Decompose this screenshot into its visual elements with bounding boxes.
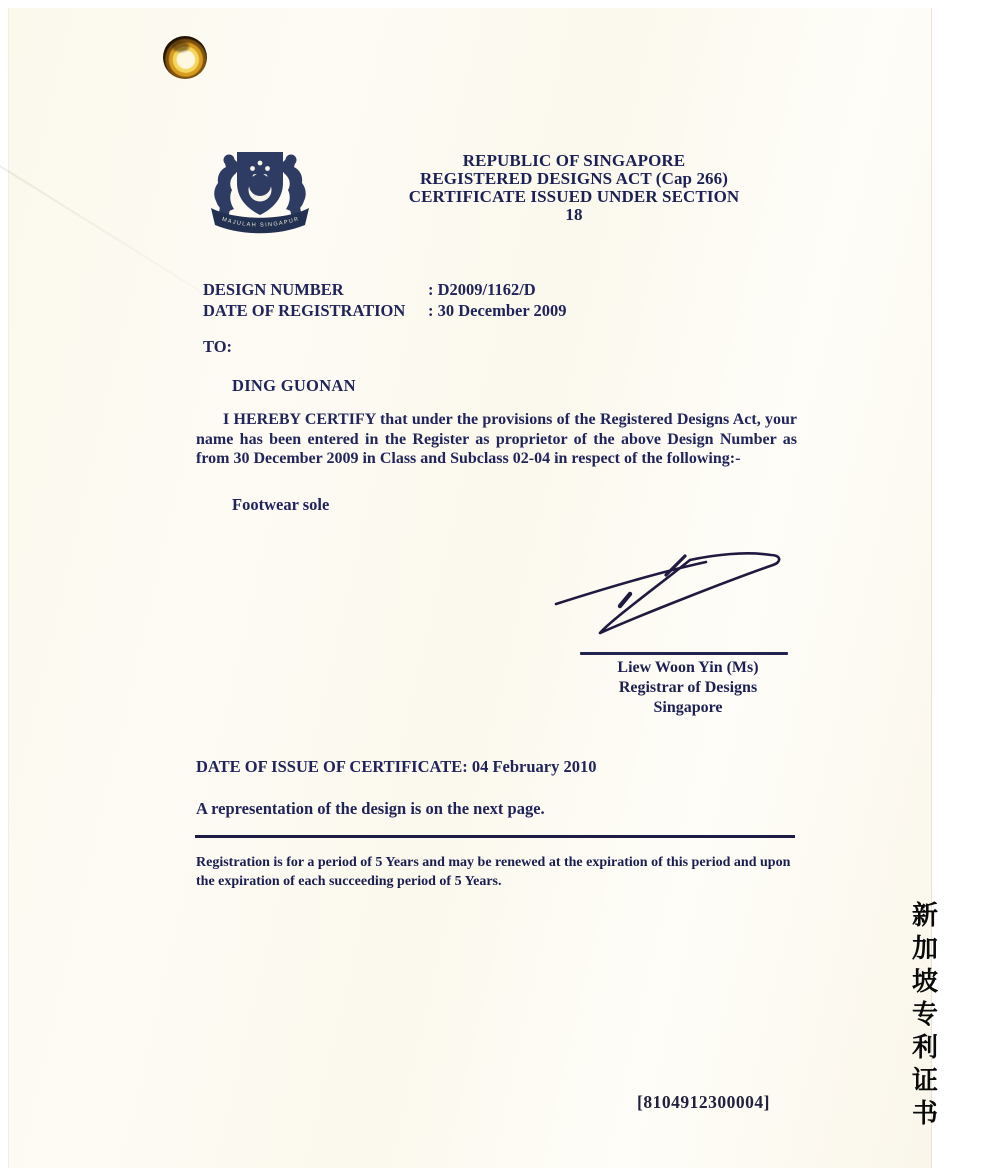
certificate-header: REPUBLIC OF SINGAPORE REGISTERED DESIGNS…: [398, 152, 750, 224]
signatory-location: Singapore: [583, 698, 793, 718]
registration-date-value: : 30 December 2009: [428, 300, 567, 321]
header-line-section: CERTIFICATE ISSUED UNDER SECTION 18: [398, 188, 750, 224]
certification-paragraph: I HEREBY CERTIFY that under the provisio…: [196, 410, 797, 469]
registration-details: DESIGN NUMBER : D2009/1162/D DATE OF REG…: [203, 279, 567, 321]
registrar-signature-mark: [545, 548, 790, 648]
registration-date-label: DATE OF REGISTRATION: [203, 300, 428, 321]
footer-divider-rule: [195, 835, 795, 838]
cn-char-2: 加: [908, 933, 942, 966]
cn-char-5: 利: [908, 1032, 942, 1065]
brass-eyelet-binding: [163, 36, 207, 79]
detail-row-registration-date: DATE OF REGISTRATION : 30 December 2009: [203, 300, 567, 321]
header-line-act: REGISTERED DESIGNS ACT (Cap 266): [398, 170, 750, 188]
singapore-coat-of-arms-icon: MAJULAH SINGAPURA: [204, 143, 316, 237]
date-of-issue-line: DATE OF ISSUE OF CERTIFICATE: 04 Februar…: [196, 757, 597, 777]
recipient-name: DING GUONAN: [232, 376, 356, 396]
signature-rule: [580, 652, 788, 655]
to-label: TO:: [203, 337, 232, 357]
signatory-name: Liew Woon Yin (Ms): [583, 658, 793, 678]
cn-char-6: 证: [908, 1065, 942, 1098]
reference-number: [8104912300004]: [637, 1092, 770, 1113]
design-number-label: DESIGN NUMBER: [203, 279, 428, 300]
detail-row-design-number: DESIGN NUMBER : D2009/1162/D: [203, 279, 567, 300]
renewal-footnote: Registration is for a period of 5 Years …: [196, 854, 802, 891]
representation-note: A representation of the design is on the…: [196, 799, 545, 819]
vertical-chinese-annotation: 新 加 坡 专 利 证 书: [908, 900, 942, 1131]
cn-char-4: 专: [908, 999, 942, 1032]
signatory-block: Liew Woon Yin (Ms) Registrar of Designs …: [583, 658, 793, 718]
design-number-value: : D2009/1162/D: [428, 279, 536, 300]
header-line-country: REPUBLIC OF SINGAPORE: [398, 152, 750, 170]
signatory-title: Registrar of Designs: [583, 678, 793, 698]
cn-char-1: 新: [908, 900, 942, 933]
cn-char-3: 坡: [908, 966, 942, 999]
scanned-certificate-page: MAJULAH SINGAPURA REPUBLIC OF SINGAPORE …: [0, 0, 987, 1176]
design-description: Footwear sole: [232, 495, 329, 515]
cn-char-7: 书: [908, 1098, 942, 1131]
